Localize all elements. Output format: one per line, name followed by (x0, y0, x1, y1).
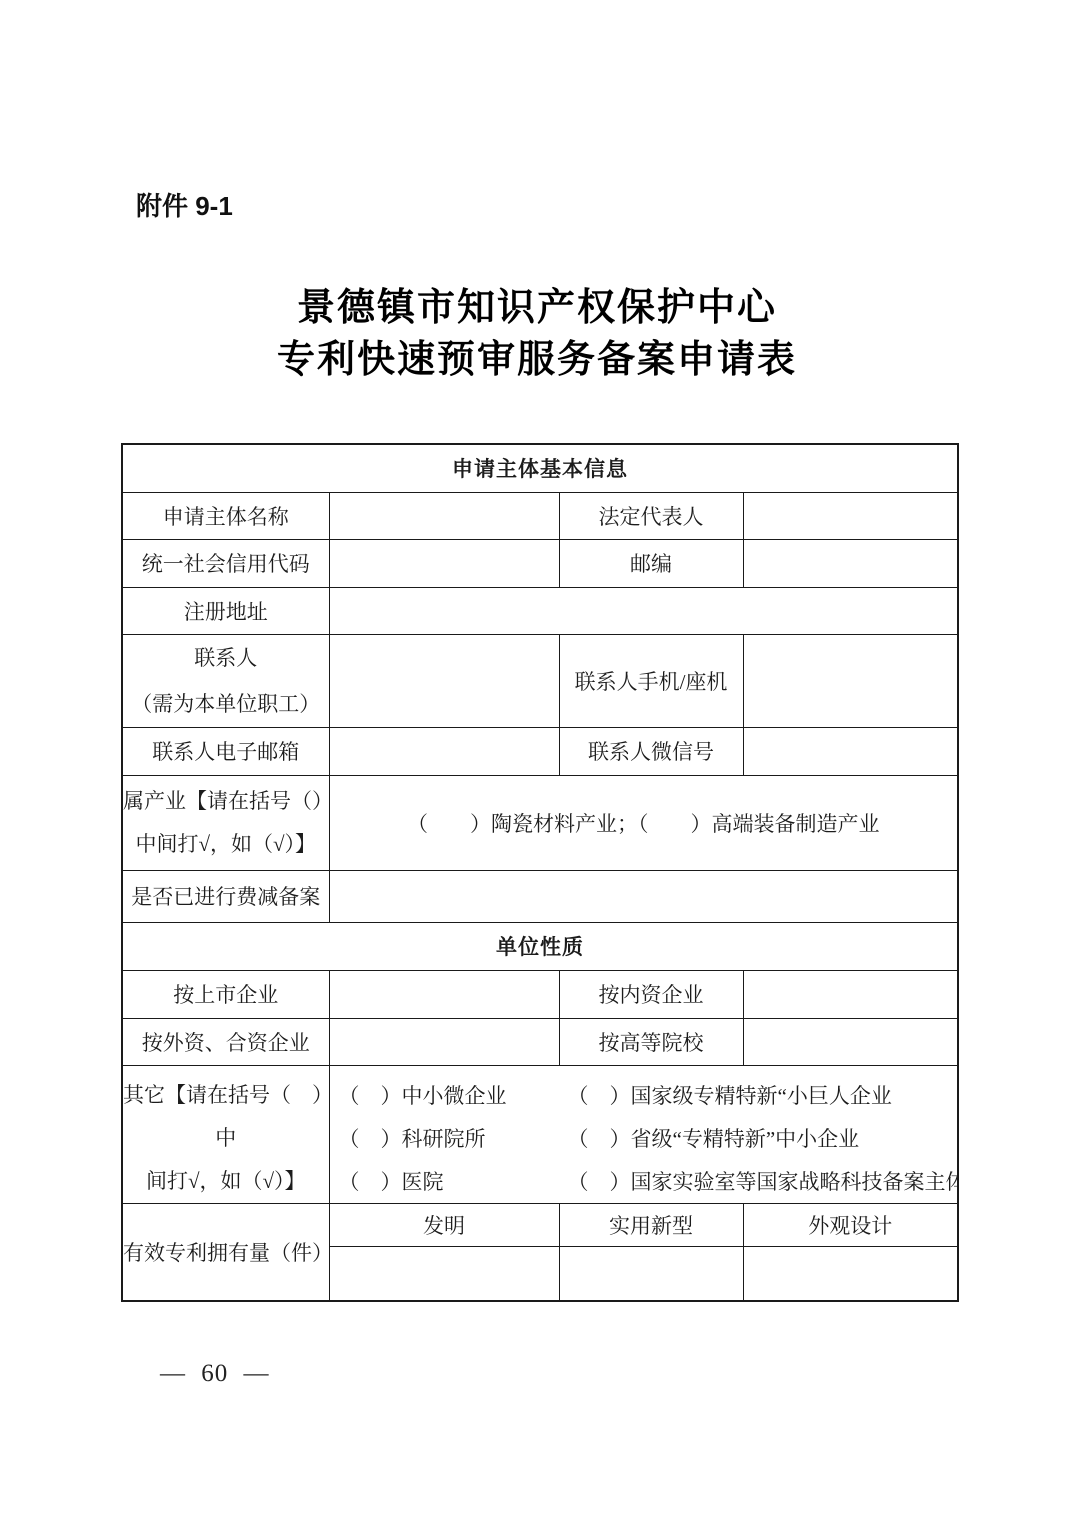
industry-label: 属产业【请在括号（） 中间打√，如（√）】 (122, 775, 329, 870)
university-field[interactable] (743, 1018, 958, 1065)
patent-type-utility-header: 实用新型 (559, 1203, 743, 1246)
credit-code-label: 统一社会信用代码 (122, 539, 329, 587)
foreign-jv-field[interactable] (329, 1018, 559, 1065)
other-label-line2: 中 (123, 1117, 329, 1160)
contact-name-label: 联系人 （需为本单位职工） (122, 634, 329, 727)
credit-code-field[interactable] (329, 539, 559, 587)
address-field[interactable] (329, 587, 958, 634)
contact-name-label-line1: 联系人 (123, 635, 329, 681)
other-label-line1: 其它【请在括号（ ） (123, 1074, 329, 1117)
contact-name-label-line2: （需为本单位职工） (123, 681, 329, 727)
section-header-basic-info: 申请主体基本信息 (122, 444, 958, 492)
postcode-label: 邮编 (559, 539, 743, 587)
other-label: 其它【请在括号（ ） 中 间打√，如（√）】 (122, 1065, 329, 1203)
university-label: 按高等院校 (559, 1018, 743, 1065)
contact-phone-field[interactable] (743, 634, 958, 727)
application-form-table: 申请主体基本信息 申请主体名称 法定代表人 统一社会信用代码 邮编 注册地址 联… (121, 443, 959, 1302)
address-label: 注册地址 (122, 587, 329, 634)
contact-wechat-field[interactable] (743, 727, 958, 775)
applicant-name-field[interactable] (329, 492, 559, 539)
attachment-label: 附件 9-1 (136, 186, 233, 223)
fee-reduction-label: 是否已进行费减备案 (122, 870, 329, 922)
design-count-field[interactable] (743, 1246, 958, 1301)
option-national-lab[interactable]: （ ）国家实验室等国家战略科技备案主体 (568, 1166, 959, 1196)
option-research-institute[interactable]: （ ）科研院所 (330, 1123, 568, 1153)
document-title: 景德镇市知识产权保护中心 专利快速预审服务备案申请表 (0, 282, 1074, 386)
legal-rep-field[interactable] (743, 492, 958, 539)
contact-name-field[interactable] (329, 634, 559, 727)
other-option-row[interactable]: （ ）医院 （ ）国家实验室等国家战略科技备案主体 (330, 1160, 958, 1203)
option-hospital[interactable]: （ ）医院 (330, 1166, 568, 1196)
industry-options-cell[interactable]: （ ）陶瓷材料产业；（ ）高端装备制造产业 (329, 775, 958, 870)
other-options-cell[interactable]: （ ）中小微企业 （ ）国家级专精特新“小巨人企业 （ ）科研院所 （ ）省级“… (329, 1065, 958, 1203)
contact-email-label: 联系人电子邮箱 (122, 727, 329, 775)
option-national-little-giant[interactable]: （ ）国家级专精特新“小巨人企业 (568, 1080, 958, 1110)
utility-model-count-field[interactable] (559, 1246, 743, 1301)
listed-company-label: 按上市企业 (122, 970, 329, 1018)
option-provincial-srdi[interactable]: （ ）省级“专精特新”中小企业 (568, 1123, 958, 1153)
domestic-company-label: 按内资企业 (559, 970, 743, 1018)
postcode-field[interactable] (743, 539, 958, 587)
other-option-row[interactable]: （ ）科研院所 （ ）省级“专精特新”中小企业 (330, 1117, 958, 1160)
section-header-unit-nature: 单位性质 (122, 922, 958, 970)
contact-phone-label: 联系人手机/座机 (559, 634, 743, 727)
listed-company-field[interactable] (329, 970, 559, 1018)
patent-count-label: 有效专利拥有量（件） (122, 1203, 329, 1301)
foreign-jv-label: 按外资、合资企业 (122, 1018, 329, 1065)
fee-reduction-field[interactable] (329, 870, 958, 922)
industry-label-line2: 中间打√，如（√）】 (123, 823, 329, 866)
document-title-line1: 景德镇市知识产权保护中心 (0, 282, 1074, 334)
other-option-row[interactable]: （ ）中小微企业 （ ）国家级专精特新“小巨人企业 (330, 1074, 958, 1117)
option-sme[interactable]: （ ）中小微企业 (330, 1080, 568, 1110)
contact-wechat-label: 联系人微信号 (559, 727, 743, 775)
patent-type-design-header: 外观设计 (743, 1203, 958, 1246)
page-number: — 60 — (160, 1360, 270, 1388)
other-label-line3: 间打√，如（√）】 (123, 1160, 329, 1203)
contact-email-field[interactable] (329, 727, 559, 775)
domestic-company-field[interactable] (743, 970, 958, 1018)
applicant-name-label: 申请主体名称 (122, 492, 329, 539)
invention-count-field[interactable] (329, 1246, 559, 1301)
document-title-line2: 专利快速预审服务备案申请表 (0, 334, 1074, 386)
legal-rep-label: 法定代表人 (559, 492, 743, 539)
industry-label-line1: 属产业【请在括号（） (123, 780, 329, 823)
patent-type-invention-header: 发明 (329, 1203, 559, 1246)
